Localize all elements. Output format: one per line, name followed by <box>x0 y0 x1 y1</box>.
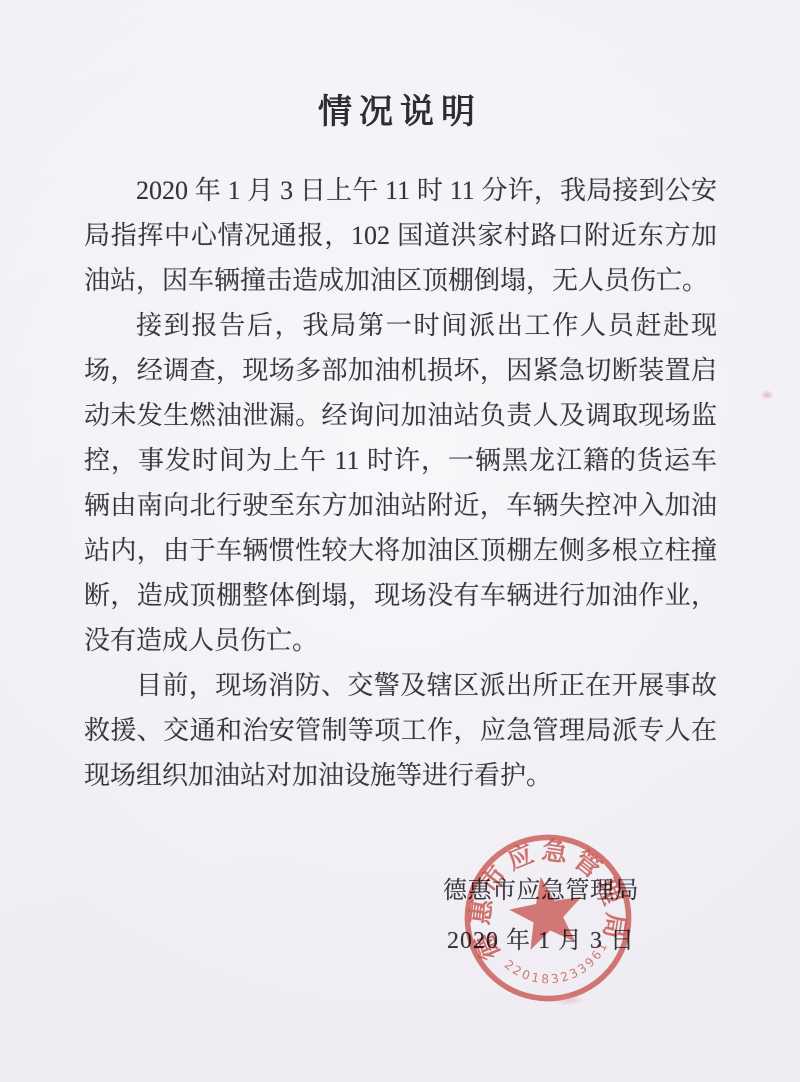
document-body: 2020 年 1 月 3 日上午 11 时 11 分许，我局接到公安局指挥中心情… <box>84 168 717 798</box>
paragraph-investigation: 接到报告后，我局第一时间派出工作人员赶赴现场，经调查，现场多部加油机损坏，因紧急… <box>84 303 717 663</box>
paragraph-current-measures: 目前，现场消防、交警及辖区派出所正在开展事故救援、交通和治安管制等项工作，应急管… <box>84 663 717 798</box>
document-title: 情况说明 <box>0 84 800 133</box>
seal-serial-number: 2201832339615 <box>430 800 617 1004</box>
scan-artifact-mark <box>760 390 774 400</box>
scan-artifact-smudge <box>552 994 586 1006</box>
document-page: 情况说明 2020 年 1 月 3 日上午 11 时 11 分许，我局接到公安局… <box>0 0 800 1082</box>
official-seal-stamp: 德惠市应急管理局 2201832339615 <box>430 800 666 1036</box>
paragraph-incident-report: 2020 年 1 月 3 日上午 11 时 11 分许，我局接到公安局指挥中心情… <box>84 168 717 303</box>
red-star-icon <box>504 870 589 952</box>
